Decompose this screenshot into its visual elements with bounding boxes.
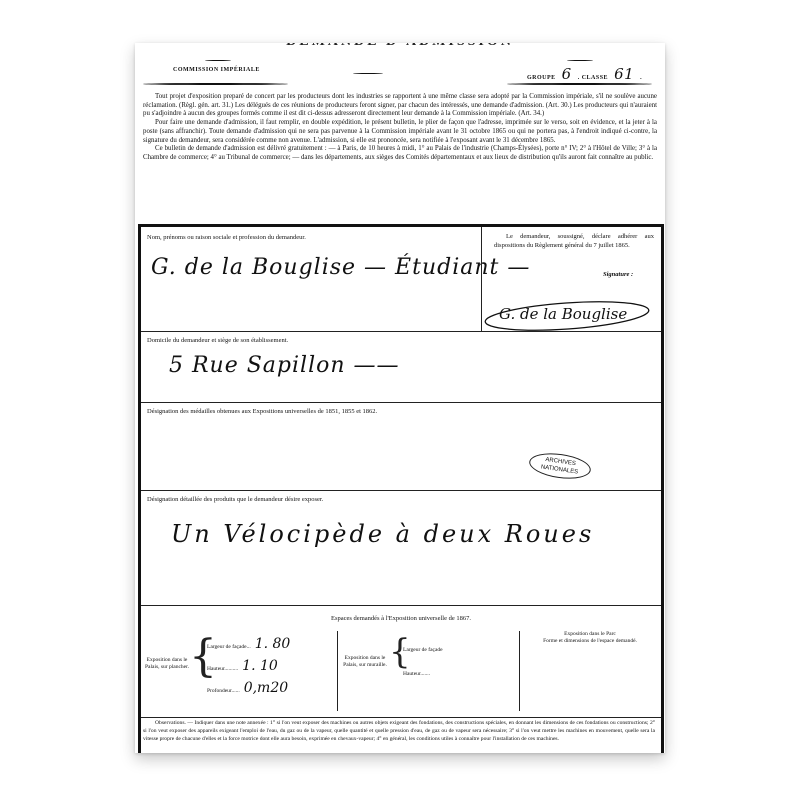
swash-rule — [143, 83, 288, 85]
svg-text:G. de la Bouglise: G. de la Bouglise — [499, 305, 627, 323]
groupe-value: 6 — [562, 65, 572, 83]
space-title: Espaces demandés à l'Exposition universe… — [141, 615, 661, 622]
commission-header: COMMISSION IMPÉRIALE — [173, 67, 260, 73]
wall-row: Hauteur....... — [403, 671, 430, 678]
document-title: DEMANDE D'ADMISSION — [135, 43, 665, 50]
floor-label: Exposition dans le Palais, sur plancher. — [145, 657, 189, 671]
floor-row: Largeur de façade...1. 80 — [207, 641, 290, 651]
address-section: Domicile du demandeur et siège de son ét… — [141, 331, 661, 403]
products-value: Un Vélocipède à deux Roues — [171, 520, 594, 548]
address-label: Domicile du demandeur et siège de son ét… — [147, 337, 288, 344]
instructions-text: Tout projet d'exposition preparé de conc… — [143, 93, 657, 163]
medals-label: Désignation des médailles obtenues aux E… — [147, 408, 377, 415]
floor-row: Profondeur......0,m20 — [207, 685, 288, 695]
column-divider — [337, 631, 338, 711]
classe-value: 61 — [614, 65, 634, 83]
swash-rule — [507, 83, 652, 85]
address-value: 5 Rue Sapillon —— — [169, 353, 400, 378]
column-divider — [519, 631, 520, 711]
divider — [205, 60, 231, 61]
products-label: Désignation détaillée des produits que l… — [147, 496, 323, 503]
medals-section: Désignation des médailles obtenues aux E… — [141, 402, 661, 491]
poster-print: DEMANDE D'ADMISSION COMMISSION IMPÉRIALE… — [135, 43, 665, 753]
divider — [567, 60, 593, 61]
signature-label: Signature : — [603, 271, 633, 278]
wall-label: Exposition dans le Palais, sur muraille. — [341, 655, 389, 669]
products-section: Désignation détaillée des produits que l… — [141, 490, 661, 606]
park-section: Exposition dans le ParcForme et dimensio… — [523, 631, 657, 645]
name-label: Nom, prénoms ou raison sociale et profes… — [147, 234, 306, 241]
groupe-label: GROUPE — [527, 75, 556, 81]
classe-label: . CLASSE — [578, 75, 608, 81]
name-section: Nom, prénoms ou raison sociale et profes… — [141, 227, 661, 332]
instructions-paragraph: Ce bulletin de demande d'admission est d… — [143, 145, 657, 162]
name-value: G. de la Bouglise — Étudiant — — [151, 255, 530, 280]
instructions-paragraph: Pour faire une demande d'admission, il f… — [143, 119, 657, 145]
wall-row: Largeur de façade — [403, 647, 443, 654]
divider — [353, 73, 383, 74]
admission-form: Nom, prénoms ou raison sociale et profes… — [138, 224, 664, 753]
groupe-classe-header: GROUPE 6 . CLASSE 61 . — [527, 65, 642, 83]
archives-nationales-stamp: ARCHIVESNATIONALES — [528, 450, 593, 482]
observations-text: Observations. — Indiquer dans une note a… — [143, 720, 655, 743]
floor-row: Hauteur..........1. 10 — [207, 663, 278, 673]
declaration-text: Le demandeur, soussigné, déclare adhérer… — [494, 233, 654, 250]
signature-flourish-icon: G. de la Bouglise — [477, 297, 652, 333]
space-section: Espaces demandés à l'Exposition universe… — [141, 605, 661, 718]
signature: G. de la Bouglise — [477, 297, 652, 333]
instructions-paragraph: Tout projet d'exposition preparé de conc… — [143, 93, 657, 119]
